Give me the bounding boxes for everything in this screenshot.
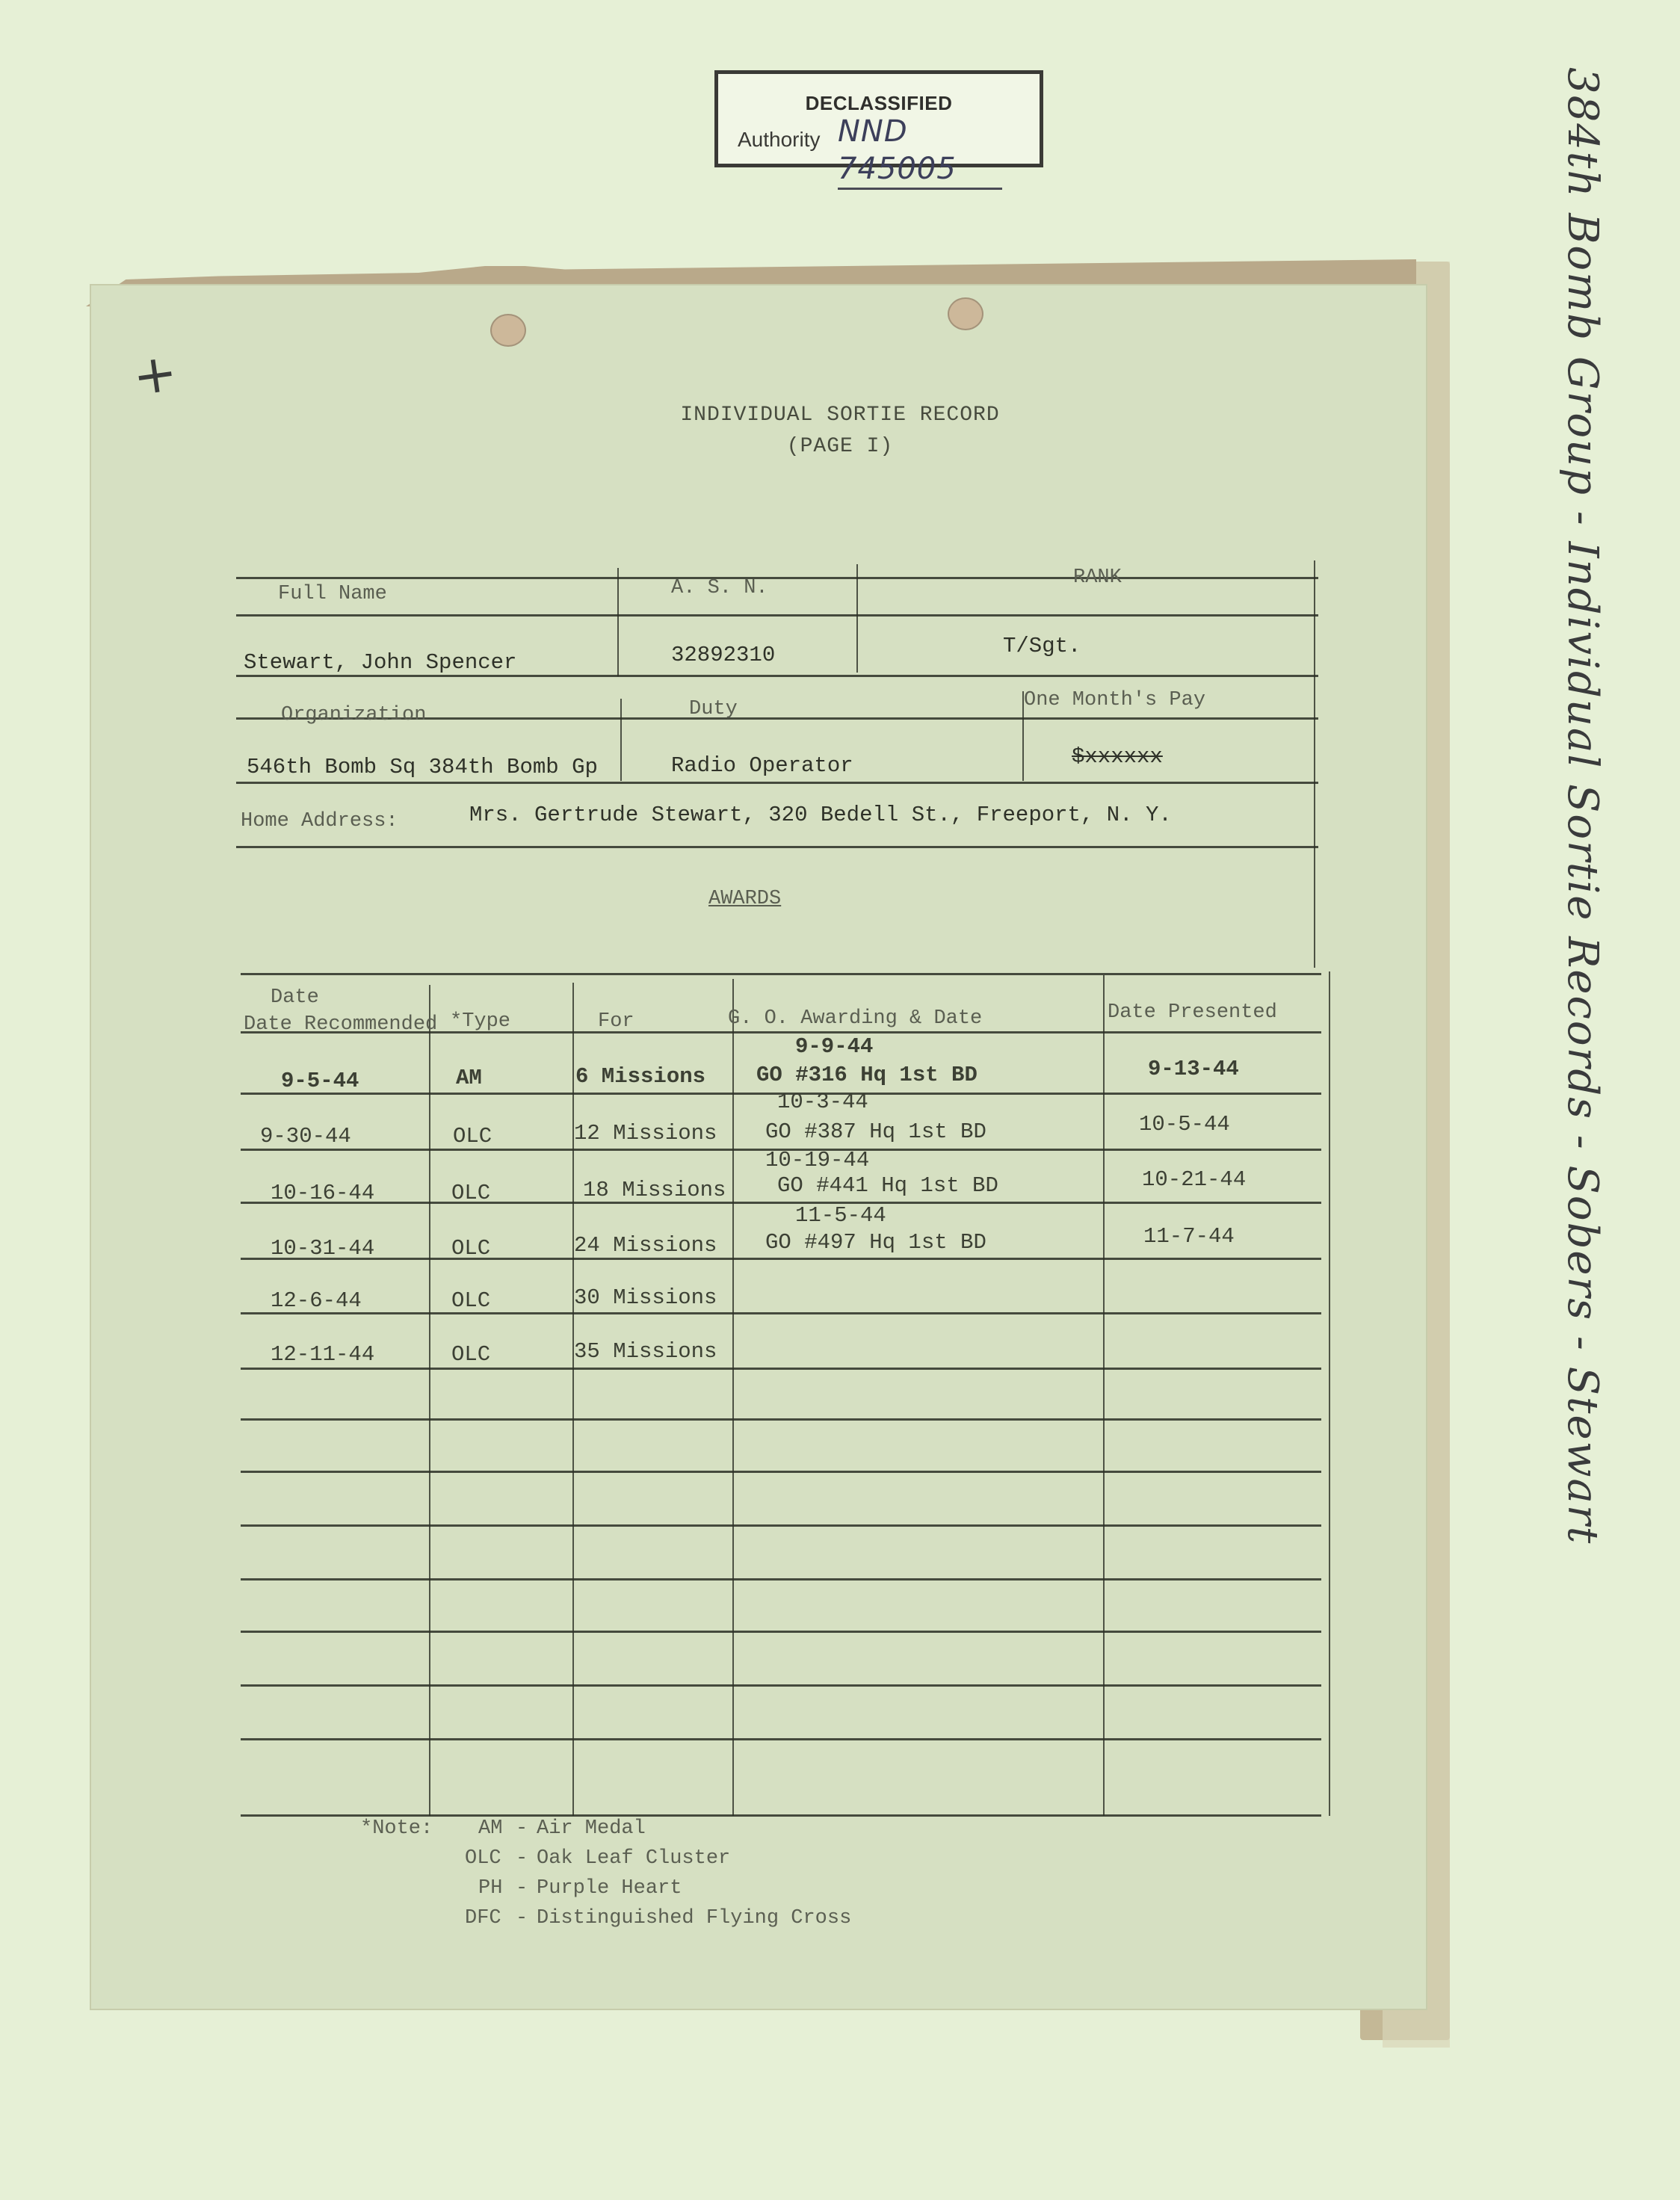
- duty-label: Duty: [689, 698, 738, 720]
- punch-hole-icon: [490, 314, 526, 347]
- document-title: INDIVIDUAL SORTIE RECORD: [0, 404, 1680, 427]
- cell-type: OLC: [451, 1181, 490, 1205]
- document-subtitle: (PAGE I): [0, 435, 1680, 458]
- cell-date-recommended: 9-5-44: [281, 1069, 359, 1093]
- cell-date-presented: 9-13-44: [1148, 1057, 1239, 1081]
- cell-date-presented: 11-7-44: [1143, 1224, 1235, 1249]
- cell-type: OLC: [451, 1342, 490, 1367]
- note-meaning: Distinguished Flying Cross: [537, 1907, 851, 1929]
- asn-value: 32892310: [671, 643, 775, 667]
- cell-go-date: 10-19-44: [765, 1148, 869, 1172]
- cell-go-date: 11-5-44: [795, 1203, 886, 1228]
- note-meaning: Air Medal: [537, 1817, 646, 1840]
- stamp-heading: DECLASSIFIED: [718, 92, 1040, 115]
- col-header-type: *Type: [450, 1010, 510, 1033]
- cell-for: 30 Missions: [574, 1285, 717, 1310]
- cell-for: 35 Missions: [574, 1339, 717, 1364]
- stamp-authority-value: NND 745005: [838, 113, 1002, 190]
- col-header-go-awarding: G. O. Awarding & Date: [728, 1007, 982, 1030]
- note-meaning: Oak Leaf Cluster: [537, 1847, 730, 1870]
- corner-check-mark-icon: +: [129, 341, 181, 407]
- cell-for: 24 Missions: [574, 1233, 717, 1258]
- cell-for: 6 Missions: [575, 1064, 705, 1089]
- cell-go-date: 9-9-44: [795, 1034, 873, 1059]
- home-address-label: Home Address:: [241, 810, 398, 832]
- cell-type: OLC: [453, 1124, 492, 1149]
- cell-date-presented: 10-5-44: [1139, 1112, 1230, 1137]
- handwritten-side-annotation: 384th Bomb Group - Individual Sortie Rec…: [1558, 67, 1607, 1599]
- cell-go: GO #441 Hq 1st BD: [777, 1173, 998, 1198]
- cell-date-recommended: 10-31-44: [271, 1236, 374, 1261]
- cell-go: GO #497 Hq 1st BD: [765, 1230, 986, 1255]
- full-name-label: Full Name: [278, 583, 387, 605]
- notes-label: *Note:: [360, 1817, 433, 1840]
- organization-label: Organization: [281, 704, 426, 726]
- stamp-authority-label: Authority: [738, 128, 821, 152]
- cell-for: 18 Missions: [583, 1178, 726, 1202]
- col-header-date-recommended: Date Recommended: [244, 1013, 423, 1036]
- note-code: PH: [478, 1877, 502, 1900]
- cell-go-date: 10-3-44: [777, 1090, 868, 1114]
- cell-type: AM: [456, 1066, 482, 1090]
- cell-type: OLC: [451, 1288, 490, 1313]
- cell-date-recommended: 9-30-44: [260, 1124, 351, 1149]
- cell-go: GO #387 Hq 1st BD: [765, 1119, 986, 1144]
- rank-value: T/Sgt.: [1003, 634, 1081, 658]
- organization-value: 546th Bomb Sq 384th Bomb Gp: [247, 755, 598, 779]
- cell-date-recommended: 10-16-44: [271, 1181, 374, 1205]
- col-header-date-presented: Date Presented: [1108, 1001, 1277, 1024]
- note-code: DFC: [465, 1907, 501, 1929]
- col-header-date-recommended-line1: Date: [271, 986, 319, 1009]
- cell-type: OLC: [451, 1236, 490, 1261]
- note-code: OLC: [465, 1847, 501, 1870]
- note-meaning: Purple Heart: [537, 1877, 682, 1900]
- cell-date-presented: 10-21-44: [1142, 1167, 1246, 1192]
- one-months-pay-label: One Month's Pay: [1024, 689, 1205, 711]
- home-address-value: Mrs. Gertrude Stewart, 320 Bedell St., F…: [469, 803, 1172, 827]
- awards-heading: AWARDS: [708, 888, 781, 910]
- note-code: AM: [478, 1817, 502, 1840]
- rank-label: RANK: [1073, 566, 1122, 589]
- declassified-stamp: DECLASSIFIED Authority NND 745005: [714, 70, 1043, 167]
- col-header-for: For: [598, 1010, 634, 1033]
- asn-label: A. S. N.: [671, 577, 768, 599]
- cell-date-recommended: 12-11-44: [271, 1342, 374, 1367]
- punch-hole-icon: [948, 297, 983, 330]
- full-name-value: Stewart, John Spencer: [244, 650, 516, 675]
- cell-go: GO #316 Hq 1st BD: [756, 1063, 978, 1087]
- duty-value: Radio Operator: [671, 753, 853, 778]
- pay-value-struck: $xxxxxx: [1072, 744, 1163, 769]
- cell-date-recommended: 12-6-44: [271, 1288, 362, 1313]
- cell-for: 12 Missions: [574, 1121, 717, 1146]
